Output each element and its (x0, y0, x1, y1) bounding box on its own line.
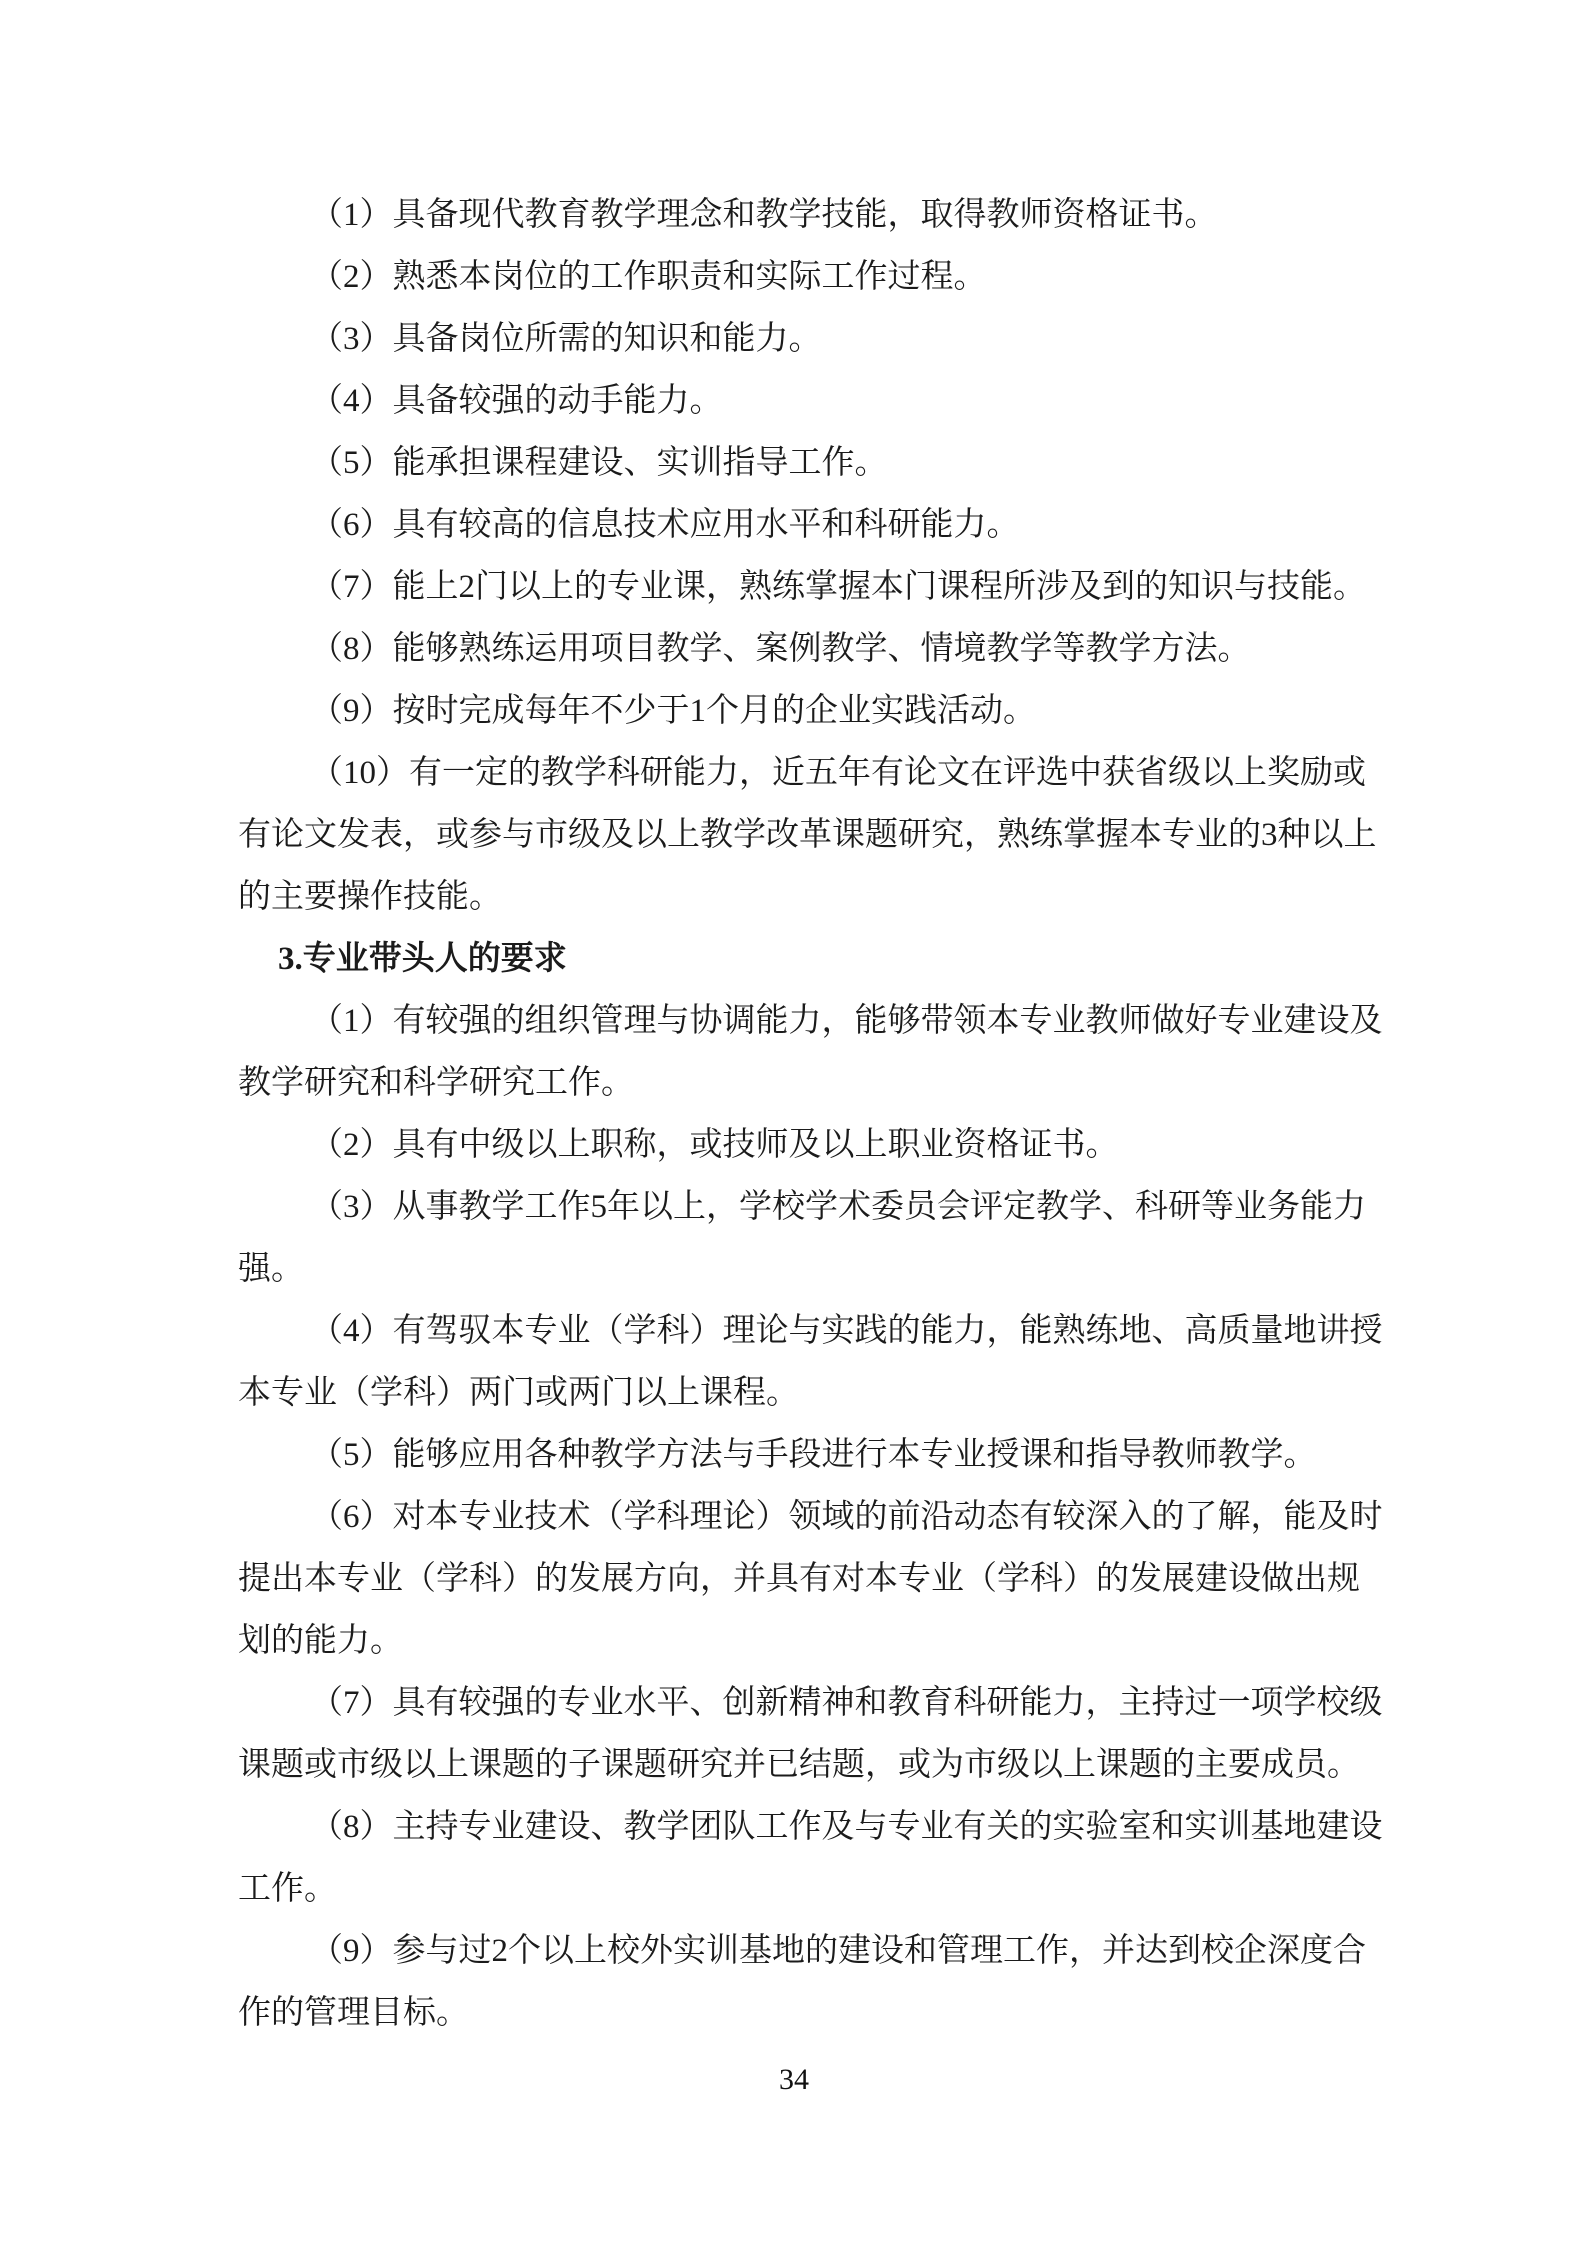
text-line: 的主要操作技能。 (238, 866, 1378, 928)
section-heading: 3.专业带头人的要求 (238, 928, 1378, 990)
text-line: （3）具备岗位所需的知识和能力。 (238, 308, 1378, 370)
text-line: （6）具有较高的信息技术应用水平和科研能力。 (238, 494, 1378, 556)
text-line: 划的能力。 (238, 1610, 1378, 1672)
text-line: （1）具备现代教育教学理念和教学技能，取得教师资格证书。 (238, 184, 1378, 246)
text-line: （4）具备较强的动手能力。 (238, 370, 1378, 432)
text-line: 本专业（学科）两门或两门以上课程。 (238, 1362, 1378, 1424)
text-line: （9）参与过2个以上校外实训基地的建设和管理工作，并达到校企深度合 (238, 1920, 1378, 1982)
document-page: （1）具备现代教育教学理念和教学技能，取得教师资格证书。（2）熟悉本岗位的工作职… (0, 0, 1588, 2245)
text-line: （7）能上2门以上的专业课，熟练掌握本门课程所涉及到的知识与技能。 (238, 556, 1378, 618)
page-body: （1）具备现代教育教学理念和教学技能，取得教师资格证书。（2）熟悉本岗位的工作职… (238, 184, 1378, 2044)
text-line: （8）能够熟练运用项目教学、案例教学、情境教学等教学方法。 (238, 618, 1378, 680)
text-line: （10）有一定的教学科研能力，近五年有论文在评选中获省级以上奖励或 (238, 742, 1378, 804)
text-line: （5）能承担课程建设、实训指导工作。 (238, 432, 1378, 494)
text-line: 提出本专业（学科）的发展方向，并具有对本专业（学科）的发展建设做出规 (238, 1548, 1378, 1610)
text-line: （4）有驾驭本专业（学科）理论与实践的能力，能熟练地、高质量地讲授 (238, 1300, 1378, 1362)
text-line: 课题或市级以上课题的子课题研究并已结题，或为市级以上课题的主要成员。 (238, 1734, 1378, 1796)
text-line: （6）对本专业技术（学科理论）领域的前沿动态有较深入的了解，能及时 (238, 1486, 1378, 1548)
text-line: （9）按时完成每年不少于1个月的企业实践活动。 (238, 680, 1378, 742)
text-line: 教学研究和科学研究工作。 (238, 1052, 1378, 1114)
text-line: （2）具有中级以上职称，或技师及以上职业资格证书。 (238, 1114, 1378, 1176)
text-line: 有论文发表，或参与市级及以上教学改革课题研究，熟练掌握本专业的3种以上 (238, 804, 1378, 866)
text-line: （5）能够应用各种教学方法与手段进行本专业授课和指导教师教学。 (238, 1424, 1378, 1486)
page-number: 34 (0, 2062, 1588, 2098)
text-line: （7）具有较强的专业水平、创新精神和教育科研能力，主持过一项学校级 (238, 1672, 1378, 1734)
text-line: （3）从事教学工作5年以上，学校学术委员会评定教学、科研等业务能力 (238, 1176, 1378, 1238)
text-line: 强。 (238, 1238, 1378, 1300)
text-line: （2）熟悉本岗位的工作职责和实际工作过程。 (238, 246, 1378, 308)
text-line: （1）有较强的组织管理与协调能力，能够带领本专业教师做好专业建设及 (238, 990, 1378, 1052)
text-line: 作的管理目标。 (238, 1982, 1378, 2044)
text-line: 工作。 (238, 1858, 1378, 1920)
text-line: （8）主持专业建设、教学团队工作及与专业有关的实验室和实训基地建设 (238, 1796, 1378, 1858)
